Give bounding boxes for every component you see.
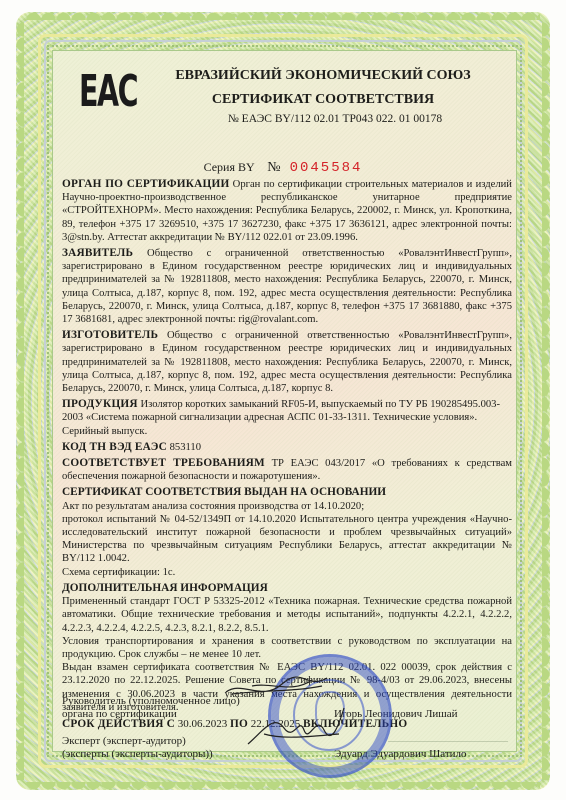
section-basis-line: Схема сертификации: 1с. bbox=[62, 566, 512, 579]
border-wave-top bbox=[26, 6, 540, 20]
signer-role: Руководитель (уполномоченное лицо) орган… bbox=[62, 695, 240, 721]
signature-head-icon bbox=[222, 672, 332, 702]
section-heading: ИЗГОТОВИТЕЛЬ bbox=[62, 329, 158, 341]
certificate-body: ОРГАН ПО СЕРТИФИКАЦИИ Орган по сертифика… bbox=[62, 178, 512, 731]
series-label: Серия BY bbox=[204, 160, 255, 174]
section-manufacturer: ИЗГОТОВИТЕЛЬ Общество с ограниченной отв… bbox=[62, 329, 512, 395]
section-text: Общество с ограниченной ответственностью… bbox=[62, 248, 512, 325]
section-heading: ЗАЯВИТЕЛЬ bbox=[62, 247, 133, 259]
section-additional-line: Условия транспортирования и хранения в с… bbox=[62, 635, 512, 661]
signature-expert-icon bbox=[244, 704, 354, 748]
section-applicant: ЗАЯВИТЕЛЬ Общество с ограниченной ответс… bbox=[62, 247, 512, 326]
certificate-number: № ЕАЭС BY/112 02.01 ТР043 022. 01 00178 bbox=[52, 113, 566, 125]
section-basis-line: протокол испытаний № 04-52/1349П от 14.1… bbox=[62, 513, 512, 566]
border-wave-right bbox=[542, 22, 556, 780]
border-wave-bottom bbox=[26, 782, 540, 796]
section-basis-heading: СЕРТИФИКАТ СООТВЕТСТВИЯ ВЫДАН НА ОСНОВАН… bbox=[62, 486, 512, 499]
serial-number: 0045584 bbox=[290, 160, 363, 176]
section-heading: ОРГАН ПО СЕРТИФИКАЦИИ bbox=[62, 178, 229, 190]
certificate-title: СЕРТИФИКАТ СООТВЕТСТВИЯ bbox=[40, 92, 566, 108]
section-tn-ved: КОД ТН ВЭД ЕАЭС 853110 bbox=[62, 441, 512, 454]
section-heading: ПРОДУКЦИЯ bbox=[62, 398, 138, 410]
section-product: ПРОДУКЦИЯ Изолятор коротких замыканий RF… bbox=[62, 398, 512, 438]
printer-note bbox=[388, 741, 508, 745]
border-wave-left bbox=[10, 22, 24, 780]
section-heading: КОД ТН ВЭД ЕАЭС bbox=[62, 441, 167, 453]
signer-role: Эксперт (эксперт-аудитор) (эксперты (экс… bbox=[62, 735, 213, 761]
signer-role-line: Эксперт (эксперт-аудитор) bbox=[62, 735, 213, 748]
series-line: Серия BY № 0045584 bbox=[0, 160, 566, 176]
section-conforms: СООТВЕТСТВУЕТ ТРЕБОВАНИЯМ ТР ЕАЭС 043/20… bbox=[62, 457, 512, 483]
signer-role-line: органа по сертификации bbox=[62, 708, 240, 721]
section-basis-line: Акт по результатам анализа состояния про… bbox=[62, 500, 512, 513]
section-text: 853110 bbox=[170, 442, 201, 453]
signer-role-line: (эксперты (эксперты-аудиторы)) bbox=[62, 748, 213, 761]
section-additional-line: Примененный стандарт ГОСТ Р 53325-2012 «… bbox=[62, 595, 512, 635]
union-title: ЕВРАЗИЙСКИЙ ЭКОНОМИЧЕСКИЙ СОЮЗ bbox=[40, 68, 566, 84]
signer-role-line: Руководитель (уполномоченное лицо) bbox=[62, 695, 240, 708]
number-sign: № bbox=[267, 160, 280, 175]
section-heading: СООТВЕТСТВУЕТ ТРЕБОВАНИЯМ bbox=[62, 457, 265, 469]
section-additional-heading: ДОПОЛНИТЕЛЬНАЯ ИНФОРМАЦИЯ bbox=[62, 582, 512, 595]
section-certification-body: ОРГАН ПО СЕРТИФИКАЦИИ Орган по сертифика… bbox=[62, 178, 512, 244]
